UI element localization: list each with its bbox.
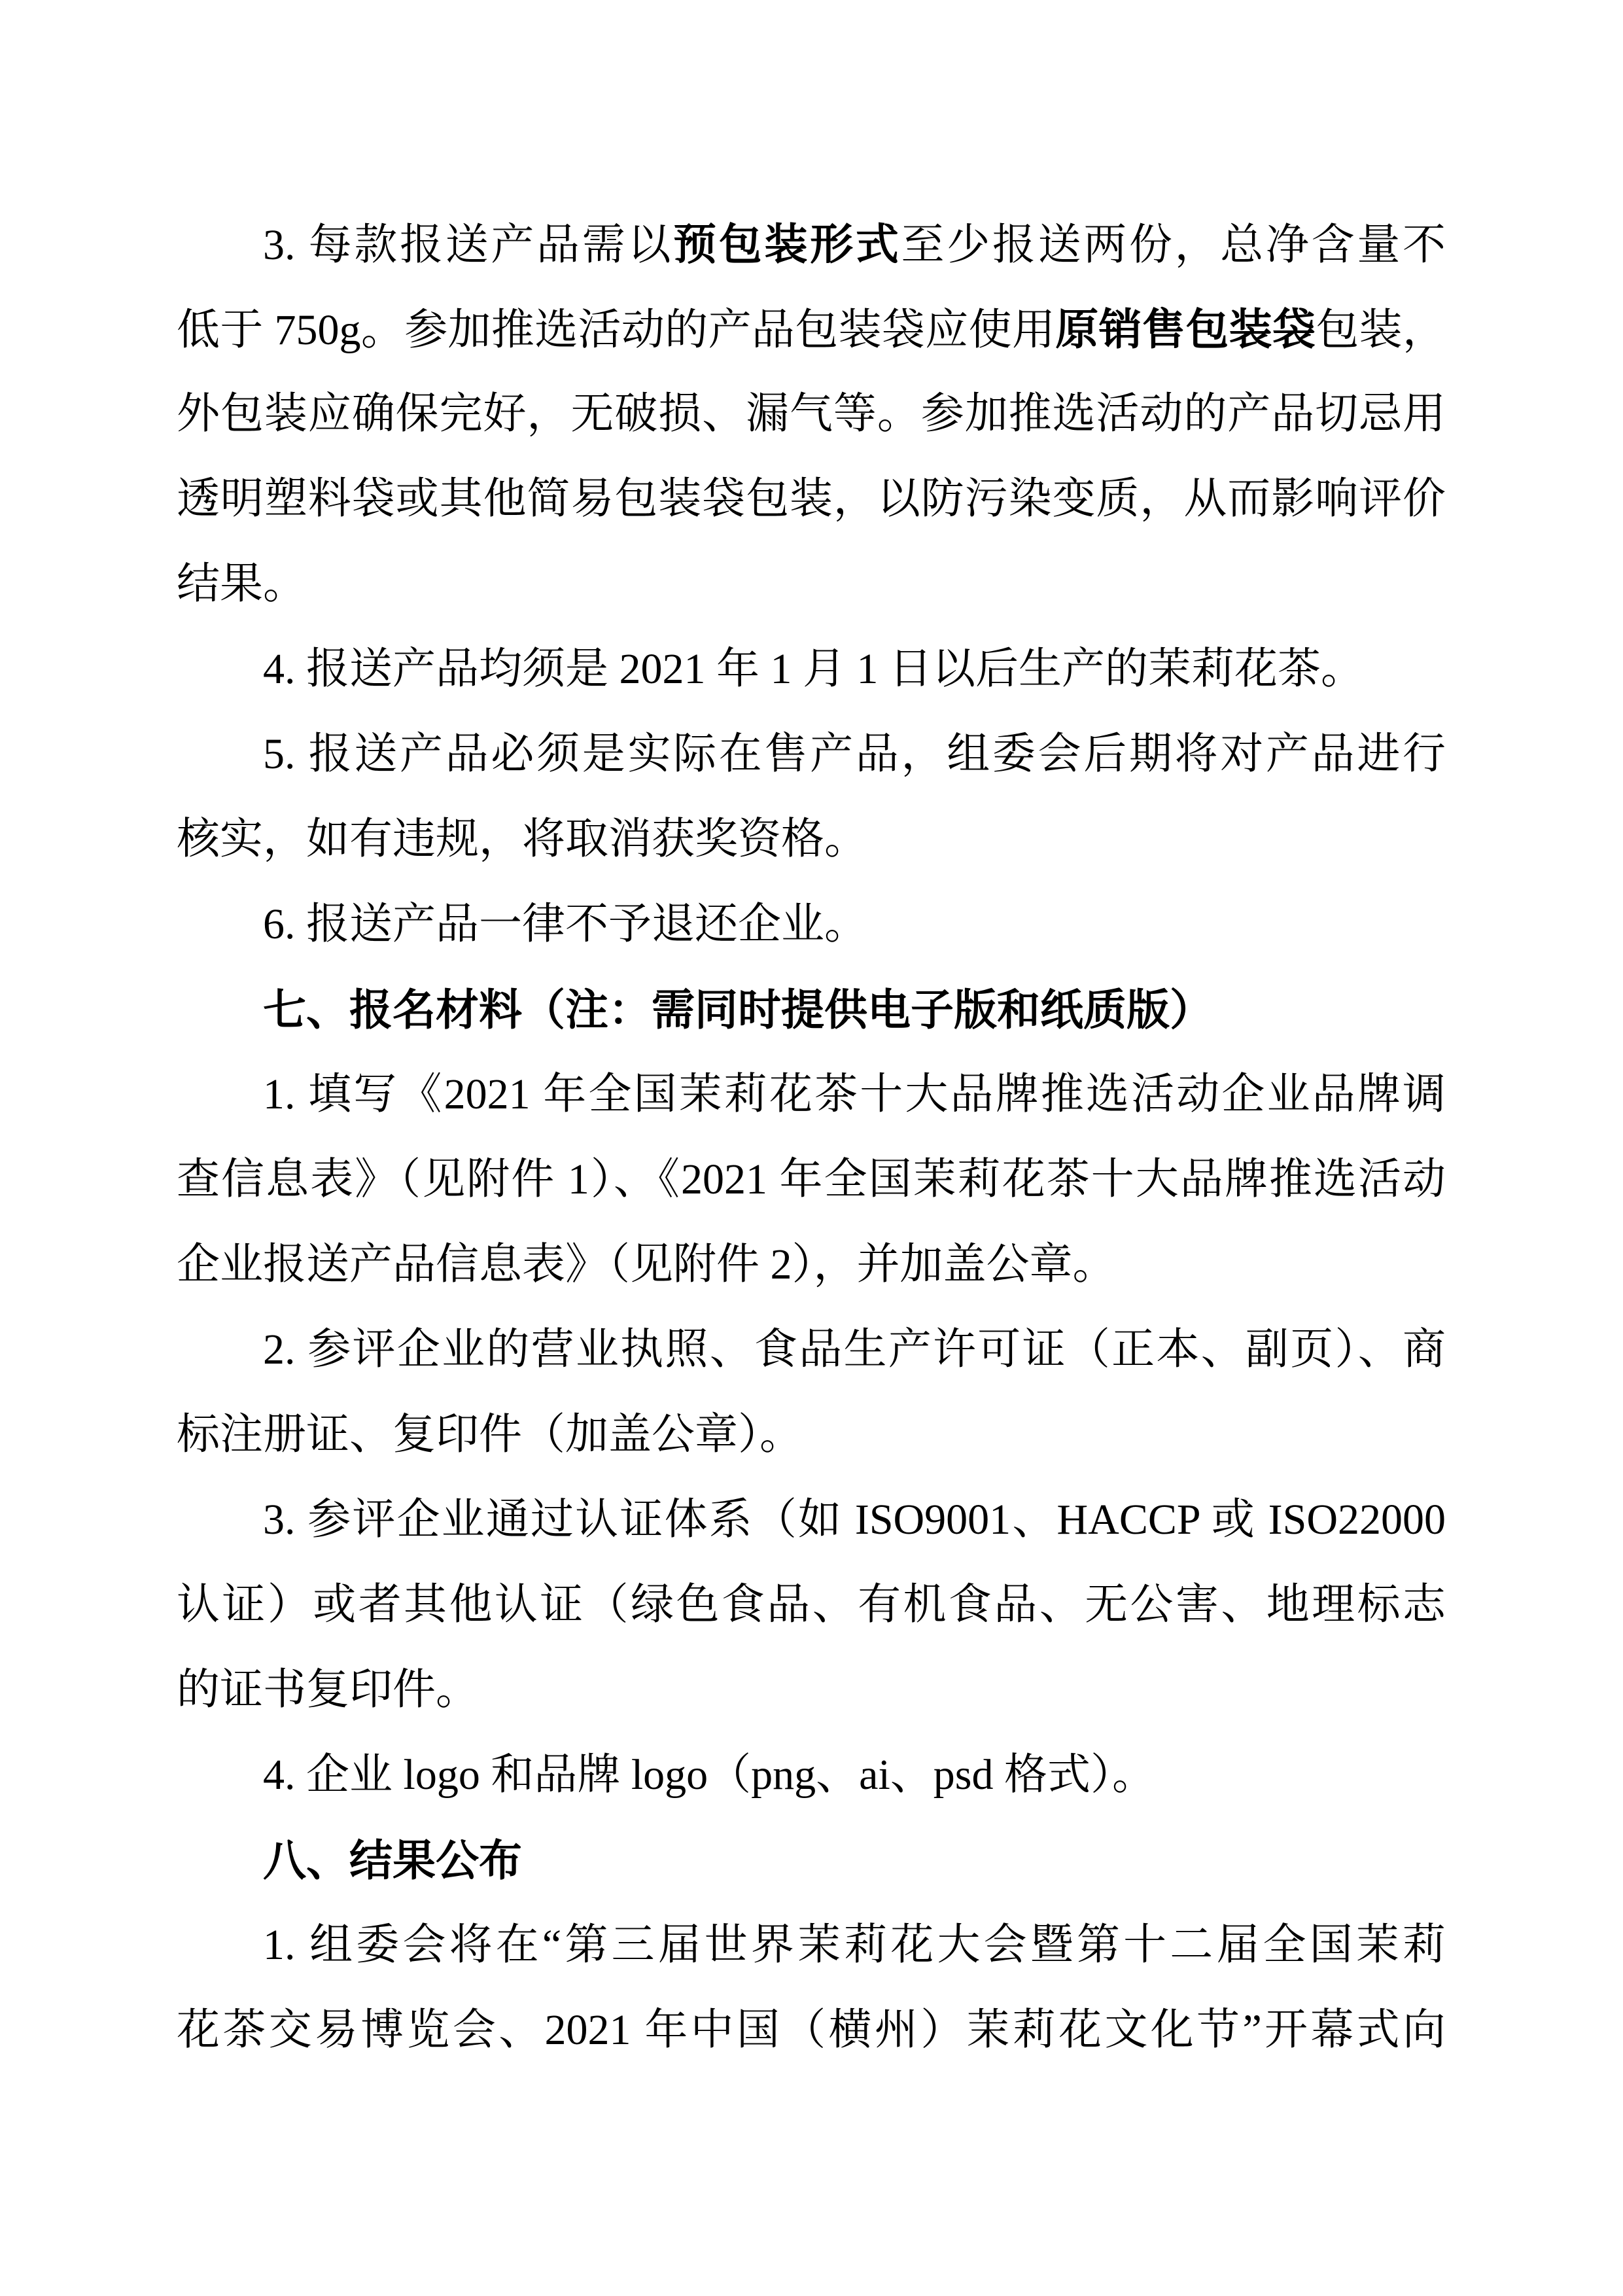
text-line: 3. 参评企业通过认证体系（如 ISO9001、HACCP 或 ISO22000	[177, 1477, 1446, 1563]
text-run: 标注册证、复印件（加盖公章）。	[177, 1411, 803, 1458]
text-run: 核实，如有违规，将取消获奖资格。	[177, 815, 867, 863]
text-run: 6. 报送产品一律不予退还企业。	[263, 900, 867, 948]
document-body: 3. 每款报送产品需以预包装形式至少报送两份，总净含量不低于 750g。参加推选…	[177, 202, 1446, 2073]
text-run: 低于 750g。参加推选活动的产品包装袋应使用	[177, 306, 1055, 354]
text-line: 3. 每款报送产品需以预包装形式至少报送两份，总净含量不	[177, 202, 1446, 287]
heading-line: 七、报名材料（注：需同时提供电子版和纸质版）	[177, 967, 1446, 1052]
text-line: 结果。	[177, 542, 1446, 627]
text-run: 4. 企业 logo 和品牌 logo（png、ai、psd 格式）。	[263, 1751, 1155, 1799]
document-page: 3. 每款报送产品需以预包装形式至少报送两份，总净含量不低于 750g。参加推选…	[0, 0, 1623, 2296]
text-line: 4. 报送产品均须是 2021 年 1 月 1 日以后生产的茉莉花茶。	[177, 627, 1446, 712]
text-run: 1. 填写《2021 年全国茉莉花茶十大品牌推选活动企业品牌调	[263, 1070, 1446, 1118]
text-line: 企业报送产品信息表》（见附件 2），并加盖公章。	[177, 1222, 1446, 1307]
text-run: 企业报送产品信息表》（见附件 2），并加盖公章。	[177, 1241, 1116, 1288]
text-line: 1. 填写《2021 年全国茉莉花茶十大品牌推选活动企业品牌调	[177, 1052, 1446, 1137]
text-run: 3. 参评企业通过认证体系（如 ISO9001、HACCP 或 ISO22000	[263, 1496, 1446, 1544]
text-run: 包装，	[1316, 306, 1446, 354]
text-run: 3. 每款报送产品需以	[263, 221, 673, 269]
bold-text-run: 预包装形式	[673, 220, 901, 268]
text-run: 外包装应确保完好，无破损、漏气等。参加推选活动的产品切忌用	[177, 390, 1446, 438]
text-line: 外包装应确保完好，无破损、漏气等。参加推选活动的产品切忌用	[177, 372, 1446, 457]
text-run: 花茶交易博览会、2021 年中国（横州）茉莉花文化节”开幕式向	[177, 2006, 1446, 2054]
text-line: 低于 750g。参加推选活动的产品包装袋应使用原销售包装袋包装，	[177, 287, 1446, 372]
text-run: 认证）或者其他认证（绿色食品、有机食品、无公害、地理标志等）	[177, 1581, 1446, 1648]
text-line: 透明塑料袋或其他简易包装袋包装，以防污染变质，从而影响评价	[177, 457, 1446, 542]
text-run: 2. 参评企业的营业执照、食品生产许可证（正本、副页）、商	[263, 1326, 1446, 1373]
bold-text-run: 原销售包装袋	[1055, 305, 1316, 353]
heading-line: 八、结果公布	[177, 1818, 1446, 1903]
text-line: 的证书复印件。	[177, 1648, 1446, 1733]
text-line: 查信息表》（见附件 1）、《2021 年全国茉莉花茶十大品牌推选活动	[177, 1137, 1446, 1222]
text-line: 1. 组委会将在“第三届世界茉莉花大会暨第十二届全国茉莉	[177, 1903, 1446, 1988]
text-run: 1. 组委会将在“第三届世界茉莉花大会暨第十二届全国茉莉	[263, 1921, 1446, 1969]
text-line: 核实，如有违规，将取消获奖资格。	[177, 797, 1446, 882]
text-line: 认证）或者其他认证（绿色食品、有机食品、无公害、地理标志等）	[177, 1563, 1446, 1648]
text-line: 2. 参评企业的营业执照、食品生产许可证（正本、副页）、商	[177, 1307, 1446, 1392]
text-run: 结果。	[177, 560, 306, 608]
text-line: 花茶交易博览会、2021 年中国（横州）茉莉花文化节”开幕式向	[177, 1988, 1446, 2073]
text-line: 5. 报送产品必须是实际在售产品，组委会后期将对产品进行	[177, 712, 1446, 797]
text-run: 查信息表》（见附件 1）、《2021 年全国茉莉花茶十大品牌推选活动	[177, 1156, 1446, 1203]
text-line: 标注册证、复印件（加盖公章）。	[177, 1392, 1446, 1477]
text-run: 至少报送两份，总净含量不	[901, 221, 1446, 269]
text-run: 5. 报送产品必须是实际在售产品，组委会后期将对产品进行	[263, 730, 1446, 778]
text-run: 七、报名材料（注：需同时提供电子版和纸质版）	[263, 985, 1213, 1034]
text-line: 6. 报送产品一律不予退还企业。	[177, 882, 1446, 967]
text-run: 4. 报送产品均须是 2021 年 1 月 1 日以后生产的茉莉花茶。	[263, 645, 1364, 693]
text-run: 透明塑料袋或其他简易包装袋包装，以防污染变质，从而影响评价	[177, 475, 1446, 523]
text-line: 4. 企业 logo 和品牌 logo（png、ai、psd 格式）。	[177, 1733, 1446, 1818]
text-run: 八、结果公布	[263, 1836, 522, 1884]
text-run: 的证书复印件。	[177, 1666, 479, 1714]
